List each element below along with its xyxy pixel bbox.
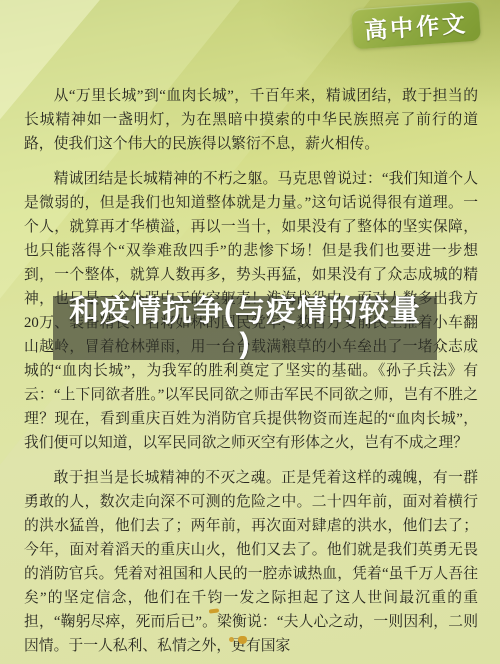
title-line-2: ) [240, 328, 251, 360]
title-line-1: 和疫情抗争(与疫情的较量 [69, 296, 421, 328]
title-overlay: 和疫情抗争(与疫情的较量 ) [53, 296, 437, 360]
paragraph: 敢于担当是长城精神的不灭之魂。正是凭着这样的魂魄，有一群勇敢的人，数次走向深不可… [24, 466, 478, 658]
badge-label: 高中作文 [363, 5, 469, 45]
page-photo: 高中作文 从“万里长城”到“血肉长城”，千百年来，精诚团结，敢于担当的长城精神如… [0, 0, 500, 664]
ink-speck [229, 637, 234, 642]
essay-category-badge: 高中作文 [351, 1, 481, 50]
ink-speck [238, 636, 247, 644]
article-body: 从“万里长城”到“血肉长城”，千百年来，精诚团结，敢于担当的长城精神如一盏明灯，… [24, 84, 478, 664]
paragraph: 从“万里长城”到“血肉长城”，千百年来，精诚团结，敢于担当的长城精神如一盏明灯，… [24, 84, 478, 156]
